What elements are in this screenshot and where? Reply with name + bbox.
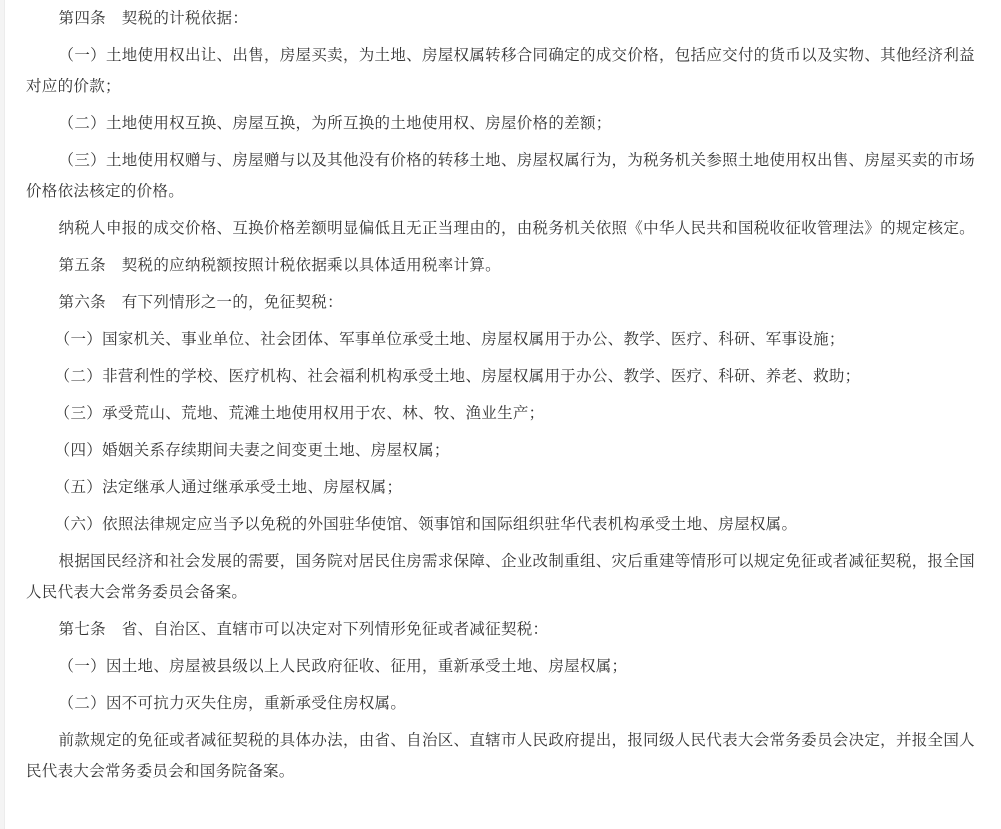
article-4-item-3: （三）土地使用权赠与、房屋赠与以及其他没有价格的转移土地、房屋权属行为，为税务机… bbox=[26, 145, 976, 207]
article-5: 第五条 契税的应纳税额按照计税依据乘以具体适用税率计算。 bbox=[26, 250, 976, 281]
article-7-item-1: （一）因土地、房屋被县级以上人民政府征收、征用，重新承受土地、房屋权属； bbox=[26, 651, 976, 682]
article-6-item-6: （六）依照法律规定应当予以免税的外国驻华使馆、领事馆和国际组织驻华代表机构承受土… bbox=[26, 509, 976, 540]
law-article-body: 第四条 契税的计税依据： （一）土地使用权出让、出售，房屋买卖，为土地、房屋权属… bbox=[26, 3, 976, 793]
article-4-heading: 第四条 契税的计税依据： bbox=[26, 3, 976, 34]
article-6-item-2: （二）非营利性的学校、医疗机构、社会福利机构承受土地、房屋权属用于办公、教学、医… bbox=[26, 361, 976, 392]
article-7-heading: 第七条 省、自治区、直辖市可以决定对下列情形免征或者减征契税： bbox=[26, 614, 976, 645]
article-6-item-3: （三）承受荒山、荒地、荒滩土地使用权用于农、林、牧、渔业生产； bbox=[26, 398, 976, 429]
article-6-item-1: （一）国家机关、事业单位、社会团体、军事单位承受土地、房屋权属用于办公、教学、医… bbox=[26, 324, 976, 355]
article-4-item-2: （二）土地使用权互换、房屋互换，为所互换的土地使用权、房屋价格的差额； bbox=[26, 108, 976, 139]
article-7-item-2: （二）因不可抗力灭失住房，重新承受住房权属。 bbox=[26, 688, 976, 719]
article-7-note: 前款规定的免征或者减征契税的具体办法，由省、自治区、直辖市人民政府提出，报同级人… bbox=[26, 725, 976, 787]
article-6-heading: 第六条 有下列情形之一的，免征契税： bbox=[26, 287, 976, 318]
article-6-item-4: （四）婚姻关系存续期间夫妻之间变更土地、房屋权属； bbox=[26, 435, 976, 466]
article-4-item-1: （一）土地使用权出让、出售，房屋买卖，为土地、房屋权属转移合同确定的成交价格，包… bbox=[26, 40, 976, 102]
article-6-note: 根据国民经济和社会发展的需要，国务院对居民住房需求保障、企业改制重组、灾后重建等… bbox=[26, 546, 976, 608]
page-left-border bbox=[0, 0, 5, 829]
article-4-note: 纳税人申报的成交价格、互换价格差额明显偏低且无正当理由的，由税务机关依照《中华人… bbox=[26, 213, 976, 244]
article-6-item-5: （五）法定继承人通过继承承受土地、房屋权属； bbox=[26, 472, 976, 503]
